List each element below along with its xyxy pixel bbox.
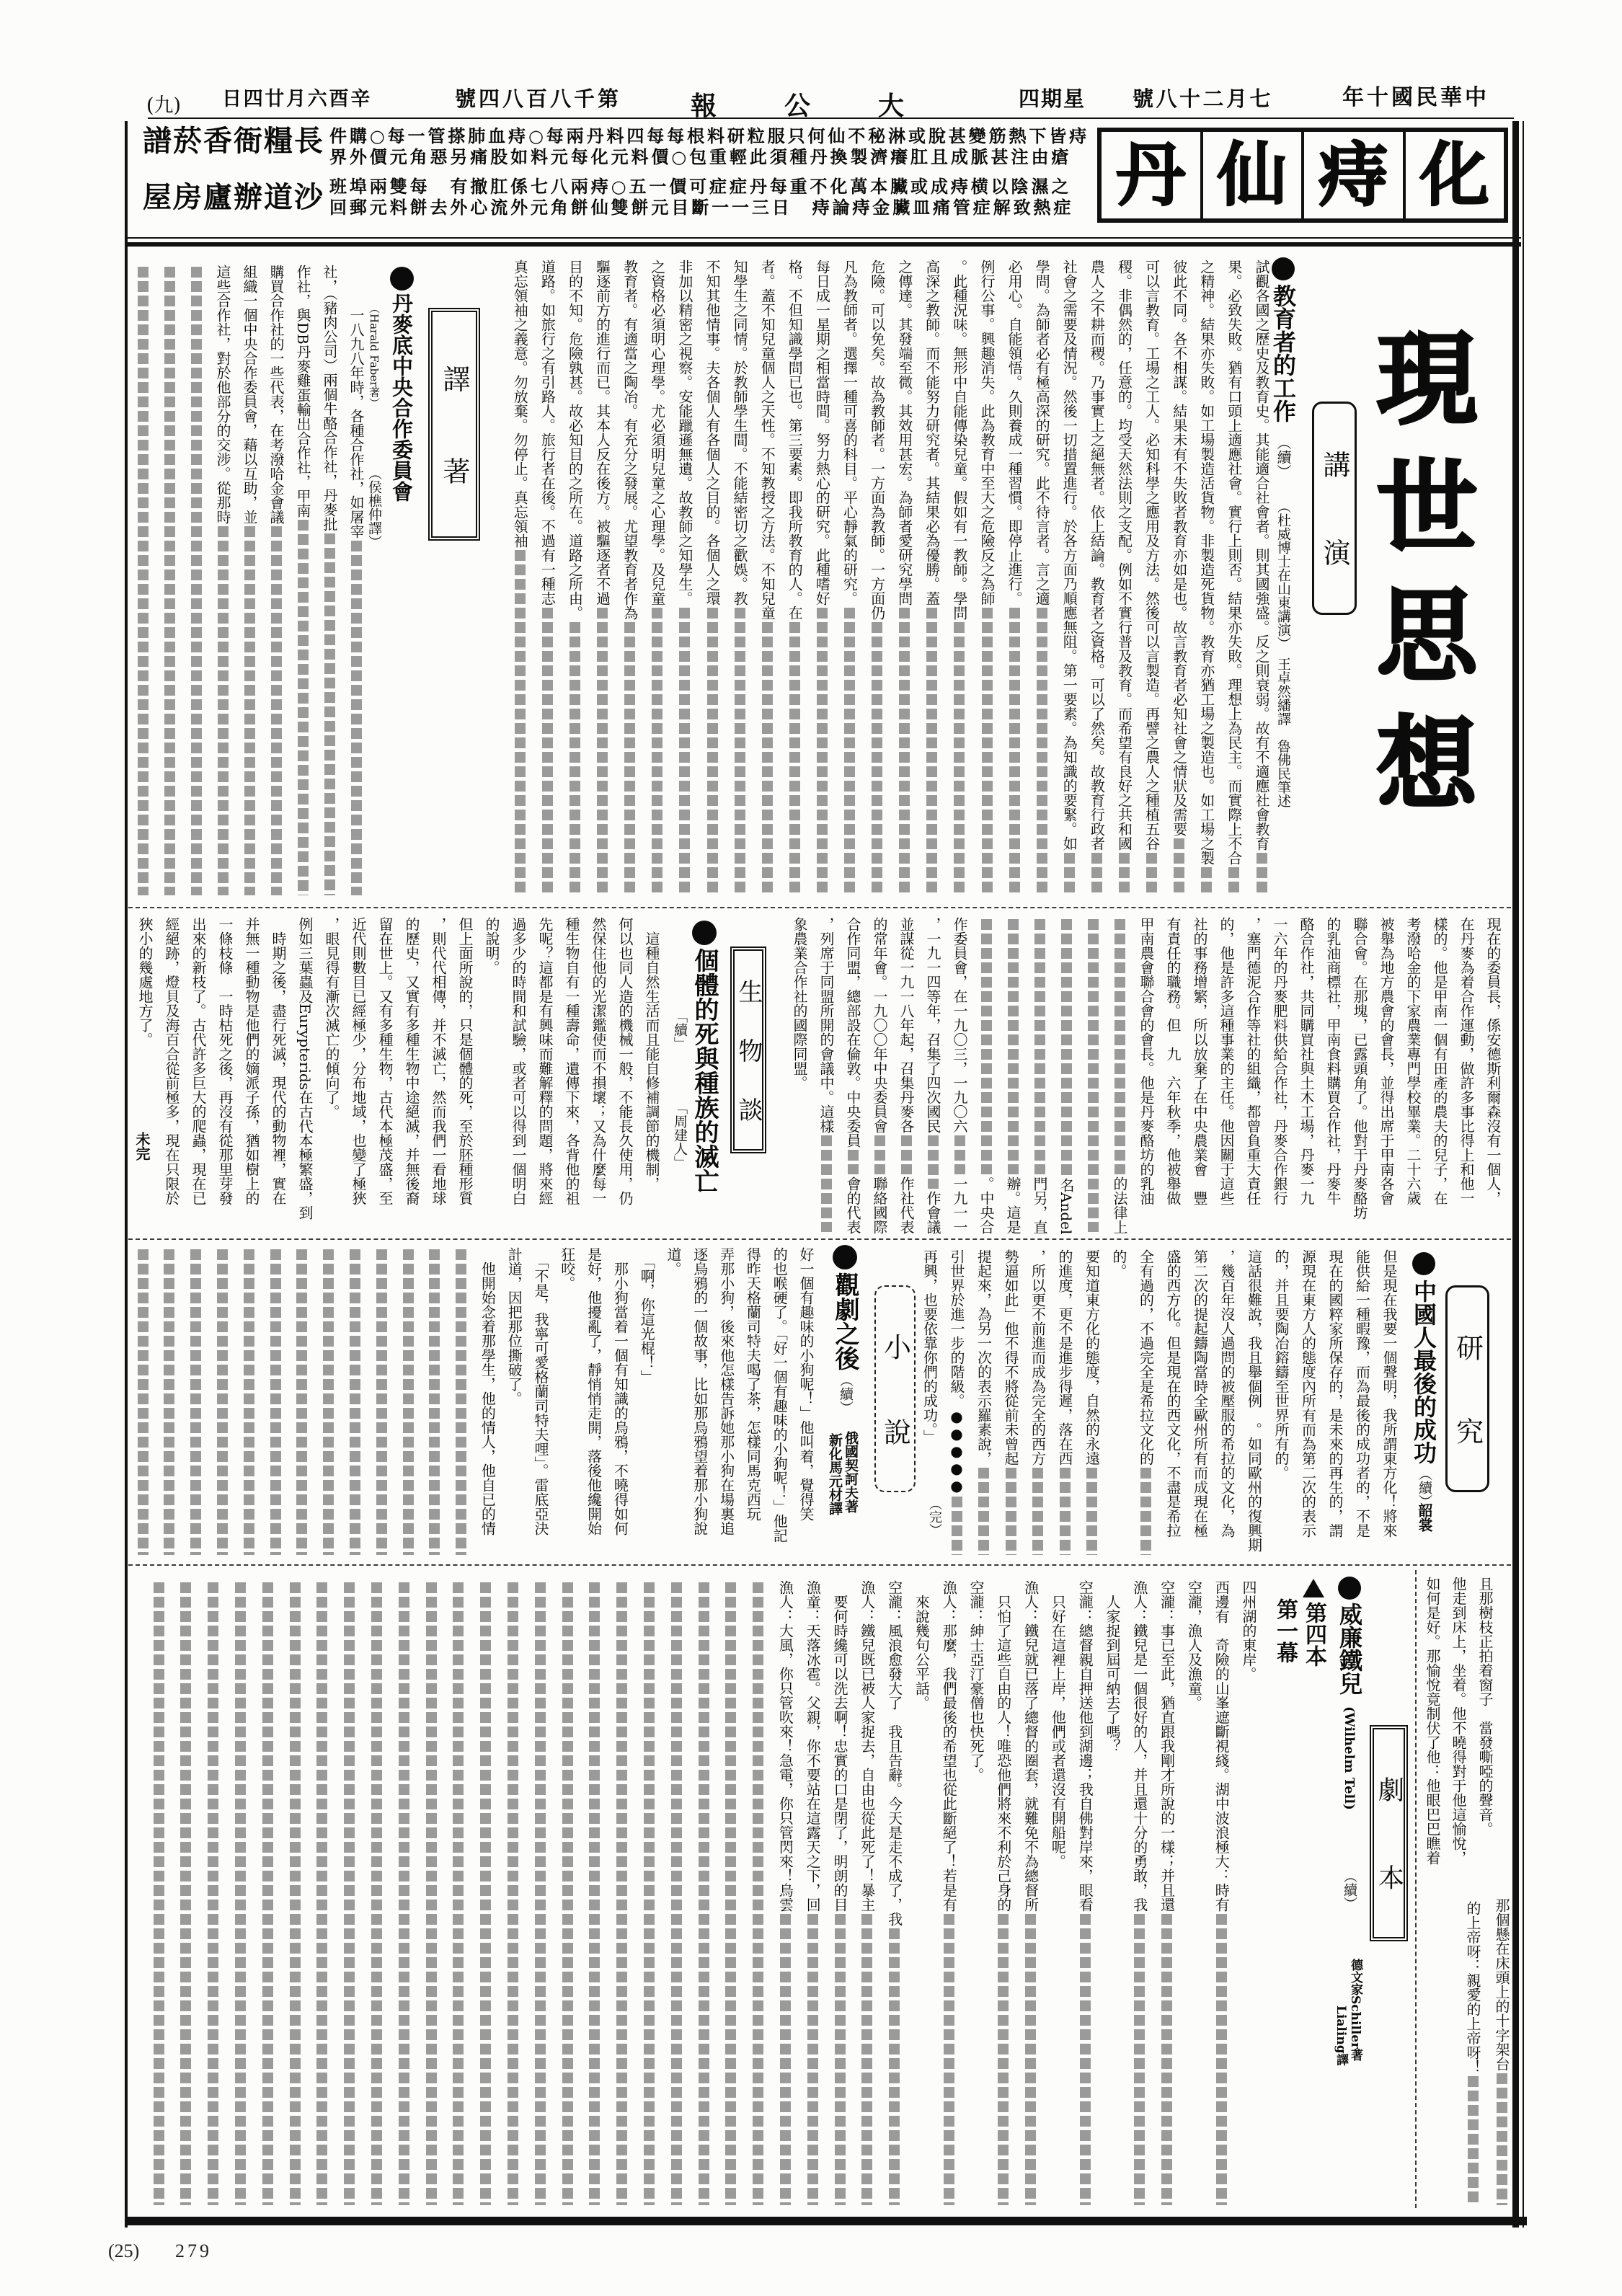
article-author: 俄國契訶夫著	[843, 1431, 857, 1513]
band-divider	[128, 1564, 1511, 1566]
column-text: 社，（豬肉公司）兩個牛酪合作社，丹麥批	[322, 265, 337, 531]
tell-text-column: 空瀧：風浪愈發大了 我且告辭。今天是走不成了，我	[886, 1580, 903, 2207]
section-label-research: 研究	[1445, 1285, 1489, 1492]
illegible-text	[1008, 919, 1019, 1174]
theater-text-column: 弄那小狗，後來他怎樣告訴她那小狗在場裏追	[718, 1247, 735, 1557]
illegible-text	[848, 1150, 859, 1174]
education-text-column: 道路。如旅行之有引路人。旅行者在後。不過有一種志	[539, 260, 556, 897]
tell-text-column	[504, 1580, 521, 2207]
illegible-text	[735, 608, 745, 895]
illegible-text	[1201, 867, 1212, 895]
illegible-text	[753, 1582, 763, 2205]
death-text-column: 何以也同人造的機械一般，不能長久使用，仍	[616, 917, 634, 1234]
column-text: 漁人：大風，你只管吹來！急電，你只管閃來！烏雲	[778, 1580, 792, 1912]
bullet-icon	[1412, 1252, 1435, 1275]
education-text-column: 試觀各國之歷史及教育史。其能適合社會者。則其國強盛。反之則衰弱。故有不適應社會教…	[1253, 260, 1270, 897]
section-label-translation: 譯著	[428, 308, 480, 541]
column-text: 者。蓋不知兒童個人之天性。不知教授之方法。不知兒童	[760, 260, 774, 620]
ad-shop-line-1: 長糧衙香菸譜	[143, 127, 324, 156]
column-text: 那個懸在床頭上的十字架台	[1494, 1898, 1509, 2071]
theater-text-column	[399, 1247, 417, 1557]
tell-text-column: 漁人：大風，你只管吹來！急電，你只管閃來！烏雲	[776, 1580, 794, 2207]
illegible-text	[456, 1249, 466, 1555]
column-text: 種生物自有一種壽命，遺傳下來，各背他的祖	[564, 917, 579, 1205]
column-text: 的歷史，又實有多種生物中途絕滅，并無後裔	[404, 917, 419, 1205]
tell-text-column	[314, 1580, 331, 2207]
column-text: 再興，也要依靠你們的成功。」	[923, 1249, 937, 1444]
theater-continued-text-column: 的上帝呀：親愛的上帝呀！	[1464, 1901, 1481, 2207]
column-text: 一八九八年時，各種合作社，如屠宰	[349, 265, 363, 538]
column-text: 被舉為地方農會的會長，並得出席于甲南各會	[1379, 917, 1393, 1205]
frame-bottom	[125, 2217, 1527, 2225]
column-text: 目的不知。危險孰甚。故必知目的之所在。道路之所由。	[568, 260, 582, 620]
column-text: 格。不但知識學問已也。第三要素。即我所教育的人。在	[787, 260, 802, 620]
ad-notice-row: 痔皆下熱筋變甚脫或淋秘不仙何只服粒研料根每每四料丹兩每○痔血肺搽管一每○購件	[329, 128, 1089, 145]
section-label-text: 研究	[1454, 1277, 1481, 1501]
column-text: 引世界於進一步的階級。●●●●●	[949, 1249, 964, 1494]
illegible-text	[1091, 853, 1102, 895]
tell-text-column	[150, 1580, 167, 2207]
tell-text-column: 漁人：那麼，我們最後的希望也從此斷絕了！若是有	[940, 1580, 957, 2207]
illegible-text	[789, 622, 800, 895]
column-text: 漁童：天落冰雹。父親，你不要站在這露天之下，回	[805, 1580, 820, 1912]
illegible-text	[190, 1249, 201, 1555]
illegible-text	[399, 1582, 409, 2205]
column-text: 果。必致失敗。猶有口頭上適應社會。實行上則否。結果亦失敗。理想上為民主。而實際上…	[1227, 260, 1241, 865]
success-text-column: 再興，也要依靠你們的成功。」	[921, 1249, 939, 1557]
column-text: 稷。非偶然的，任意的。均受天然法則之支配。例如不實行普及教育。而希望有良好之共和…	[1117, 260, 1132, 851]
education-text-column: 者。蓋不知兒童個人之天性。不知教授之方法。不知兒童	[758, 260, 776, 897]
illegible-text	[616, 1582, 627, 2205]
illegible-text	[952, 1497, 962, 1555]
illegible-text	[316, 1582, 327, 2205]
denmark-continued-text-column: 酪合作社，共同購買社與土木工場，丹麥一九	[1298, 917, 1315, 1234]
illegible-text	[707, 608, 718, 895]
column-text: 一六年的丹麥肥料供給合作社，丹麥合作銀行	[1272, 917, 1287, 1205]
tell-text-column	[395, 1580, 412, 2207]
column-text: 例如三葉蟲及Eurypterids在古代本極繁盛，到	[298, 917, 312, 1220]
continued-mark: 「續」	[673, 1009, 686, 1050]
section-label-text: 譯著	[440, 300, 468, 549]
tell-text-column	[477, 1580, 495, 2207]
denmark-continued-text-column: 被舉為地方農會的會長，並得出席于甲南各會	[1378, 917, 1395, 1234]
denmark-continued-text-column: 。中央合	[978, 917, 995, 1234]
success-text-column: 能供給一種暇豫，而為最後的成功者的，不是	[1354, 1249, 1371, 1557]
ad-product-char: 仙	[1218, 141, 1287, 210]
illegible-text	[1034, 919, 1045, 1174]
illegible-text	[954, 622, 965, 895]
column-text: 空瀧：風浪愈發大了 我且告辭。今天是走不成了，我	[887, 1580, 902, 1926]
column-text: 象農業合作社的國際同盟。	[792, 917, 807, 1090]
article-byline: （杜威博士在山東講演） 王卓然繙譯 魯佛民筆述	[1276, 500, 1290, 808]
denmark-continued-text-column: 甲南農會聯合會的會長。他是丹麥酪坊的乳油	[1138, 917, 1155, 1234]
column-divider	[1415, 1570, 1417, 2208]
theater-text-column: 他開始念着那學生，他的情人，他自已的情	[479, 1247, 496, 1557]
education-text-column: 農人之不耕而稷。乃事實上之絕無者。依上結論。教育者之資格。可以了然矣。故教育行政…	[1088, 260, 1105, 897]
column-text: 的常年會。一九〇〇年中央委員會	[872, 917, 887, 1133]
column-text: 空瀧：事已至此，猶直跟我剛才所說的一樣；并且還	[1160, 1580, 1174, 1912]
education-text-column: 例行公事。興趣消失。此為教育中至大之危險反之為師	[978, 260, 996, 897]
tell-text-column: 要何時纔可以洗去啊！忠實的口是閉了，明朗的目	[831, 1580, 848, 2207]
column-text-tail: 的法律上	[1112, 1176, 1127, 1234]
illegible-text	[426, 1582, 437, 2205]
bullet-icon	[390, 267, 414, 291]
theater-text-column: 計道，因把那位撕破了。	[505, 1247, 523, 1557]
column-text: 高深之教師。而不能努力研究者。其結果必為優勝。蓋	[925, 260, 939, 606]
education-text-column: 高深之教師。而不能努力研究者。其結果必為優勝。蓋	[923, 260, 941, 897]
tell-text-column	[205, 1580, 222, 2207]
illegible-text	[1037, 608, 1047, 895]
illegible-text	[542, 608, 553, 895]
tell-text-column: 空瀧，漁人及漁童。	[1185, 1580, 1202, 2207]
tell-text-column: 西邊有 奇險的山峯遮斷視綫。湖中波浪極大：時有	[1213, 1580, 1230, 2207]
ad-product-box: 丹 仙 痔 化	[1097, 128, 1508, 223]
illegible-text	[298, 520, 309, 895]
illegible-text	[138, 1249, 149, 1555]
denmark-continued-text-column: ，塞門德泥合作等社的組織，都曾負重大責任	[1244, 917, 1262, 1234]
death-text-column: ，眼見得有漸次滅亡的傾向了。	[323, 917, 340, 1234]
article-author: 韶裳	[1417, 1503, 1432, 1532]
tell-text-column: 空瀧：紳士亞汀豪僧也快死了。	[967, 1580, 985, 2207]
education-text-column: 之精神。結果亦失敗。如工場製造活貨物。非製造死貨物。教育亦猶工場之製造也。如工場…	[1198, 260, 1215, 897]
column-text: ，一九一四等年，召集了四次國民	[926, 917, 940, 1133]
article-translator: Lialing譯	[1334, 2005, 1347, 2066]
education-text-column: 驅逐前方的進行而已。其本人反在後方。被驅逐者不過	[594, 260, 611, 897]
tell-text-column	[586, 1580, 603, 2207]
article-title-tell: 威廉鐵兒	[1338, 1603, 1361, 1695]
act-heading: 第四本	[1303, 1602, 1324, 1667]
column-text-tail: 名Andel	[1059, 1178, 1073, 1234]
illegible-text	[725, 1582, 736, 2205]
success-text-column: 現在的國粹家所保存的，是未來的再生的，謂	[1326, 1249, 1344, 1557]
section-label-text: 講演	[1321, 390, 1348, 626]
illegible-text	[164, 1249, 174, 1555]
column-text: 漁人：鐵兒就已落了總督的圈套，就難免不為總督所	[1024, 1580, 1038, 1912]
illegible-text	[1146, 853, 1157, 895]
column-text: 過多少的時間和試驗，或者可以得到一個明白	[511, 917, 526, 1205]
ad-product-cell: 丹	[1102, 132, 1200, 218]
success-text-column: ，所以更不前進而成為完全的西方	[1029, 1249, 1047, 1557]
column-text: 學問。為師者必有極高深的研究。此不待言者。言之適	[1034, 260, 1049, 606]
tell-text-column	[695, 1580, 712, 2207]
column-text: 「不是，我寧可愛格蘭司特夫哩」。雷底亞決	[533, 1247, 548, 1535]
illegible-text	[1006, 1468, 1016, 1555]
column-text: 好一個有趣味的小狗呢！」他叫着，覺得笑	[799, 1247, 813, 1521]
article-title-death: 個體的死與種族的滅亡	[692, 948, 717, 1193]
footer-serial: 279	[175, 2240, 212, 2262]
page-number: (九)	[146, 89, 181, 118]
illegible-text	[217, 1249, 228, 1555]
illegible-text	[376, 1249, 387, 1555]
ad-shop-line-2: 沙道辦廬房屋	[143, 183, 324, 212]
column-text: 酪合作社，共同購買社與土木工場，丹麥一九	[1299, 917, 1313, 1205]
column-text: 作委員會，在一九〇三，一九〇六	[952, 917, 967, 1133]
column-text: 這些合作社，對於他部分的交涉。從那時	[216, 265, 230, 524]
column-text: 可以言教育。工場之工人。必知科學之應用及方法。然後可以言製造。再譬之農人之種植五…	[1145, 260, 1159, 851]
theater-text-column	[187, 1247, 205, 1557]
column-text: 漁人：鐵兒是一個很好的人，并且還十分的勇敢，我	[1133, 1580, 1147, 1912]
column-text: 如何是好。那愉悅竟制伏了他：他眼巴巴瞧着	[1425, 1577, 1440, 1865]
column-text: 驅逐前方的進行而已。其本人反在後方。被驅逐者不過	[595, 260, 610, 606]
continued-mark: （續）	[1276, 435, 1290, 479]
tell-text-column: 空瀧：事已至此，猶直跟我剛才所說的一樣；并且還	[1158, 1580, 1176, 2207]
column-text: 這話很難說，我且舉個例 。如同歐州的復興期	[1247, 1249, 1262, 1552]
death-text-column: ，則代代相傳，并不滅亡，然而我們一看地球	[430, 917, 447, 1234]
column-text: 合作同盟，總部設在倫敦。中央委員	[846, 917, 860, 1148]
theater-text-column	[320, 1247, 337, 1557]
bullet-icon	[1272, 257, 1295, 280]
denmark-continued-text-column: 門另，直	[1031, 917, 1048, 1234]
denmark-continued-text-column: 的乳油商標社，甲南食料購買合作社，丹麥牛	[1324, 917, 1342, 1234]
column-text: 社會之需要及情況。然後一切措置進行。於各方面乃順應無阻。第一要素。為知識的要緊。…	[1062, 260, 1076, 851]
band-divider	[128, 907, 1511, 908]
column-text: 的，并且要陶冶鎔鑄至世界所有的。	[1274, 1249, 1288, 1480]
column-text: 留在世上。又有多種生物，古代本極茂盛，至	[378, 917, 392, 1205]
illegible-text	[589, 1582, 600, 2205]
illegible-text	[926, 608, 937, 895]
column-text-tail: 一九一一	[952, 1176, 967, 1234]
illegible-text	[981, 919, 992, 1174]
illegible-text	[699, 1582, 709, 2205]
column-text: 之精神。結果亦失敗。如工場製造活貨物。非製造死貨物。教育亦猶工場之製造也。如工場…	[1200, 260, 1214, 865]
tell-text-column: 漁人：鐵兒就已落了總督的圈套，就難免不為總督所	[1022, 1580, 1040, 2207]
illegible-text	[1060, 1468, 1071, 1555]
illegible-text	[290, 1582, 301, 2205]
illegible-text	[138, 267, 149, 895]
column-text-tail: 作會議	[926, 1191, 940, 1234]
success-text-column: 盛的西方化。但是現在的西文化，不盡是希拉	[1164, 1249, 1182, 1557]
column-text: 他走到床上，坐着。他不曉得對于他這愉悅，	[1451, 1577, 1466, 1865]
column-text: 弄那小狗，後來他怎樣告訴她那小狗在場裏追	[719, 1247, 734, 1535]
illegible-text	[944, 1914, 954, 2205]
theater-text-column	[161, 1247, 178, 1557]
column-text: 必用心。自能領悟。久則養成一種習慣。即停止進行。	[1007, 260, 1021, 606]
education-text-column: 社會之需要及情況。然後一切措置進行。於各方面乃順應無阻。第一要素。為知識的要緊。…	[1060, 260, 1078, 897]
column-text: 全有過的，不過完全是希拉文化的	[1139, 1249, 1153, 1466]
illegible-text	[480, 1582, 491, 2205]
education-text-column: 之傳達。其發端至微。其效用甚宏。為師者愛研究學問	[896, 260, 913, 897]
illegible-text	[954, 1135, 965, 1174]
tell-text-column	[368, 1580, 385, 2207]
triangle-icon	[1303, 1579, 1324, 1597]
success-text-column: 全有過的，不過完全是希拉文化的	[1138, 1249, 1155, 1557]
illegible-text	[1497, 2073, 1507, 2205]
theater-text-column: 「不是，我寧可愛格蘭司特夫哩」。雷底亞決	[532, 1247, 549, 1557]
column-text: 近代則數目已經極少，分布地域，也變了極狹	[351, 917, 365, 1205]
lunar-date: 辛酉六月廿四日	[222, 89, 372, 109]
education-text-column: 果。必致失敗。猶有口頭上適應社會。實行上則否。結果亦失敗。理想上為民主。而實際上…	[1226, 260, 1243, 897]
column-text: 考潑哈金的下家農業專門學校畢業。二十六歲	[1406, 917, 1420, 1205]
column-text: 空瀧，漁人及漁童。	[1187, 1580, 1201, 1710]
ad-product-char: 丹	[1116, 141, 1185, 210]
column-text: ，列席于同盟所開的會議中。這樣	[819, 917, 833, 1133]
frame-right-thin	[1523, 121, 1524, 2228]
ad-notice-row: 瘡由注甚脈成且肛癢濟製換丹種須此輕重包○價料元化每元料如股痛另惡角元價外界	[329, 149, 1071, 166]
death-text-column: 狹小的幾處地方了。	[136, 917, 154, 1234]
tell-text-column	[286, 1580, 303, 2207]
tell-text-column	[531, 1580, 549, 2207]
column-text: 例行公事。興趣消失。此為教育中至大之危險反之為師	[980, 260, 994, 606]
column-text: 出來的新枝了。古代許多巨大的爬蟲，現在已	[191, 917, 205, 1205]
continued-mark: （續）	[1342, 1869, 1356, 1910]
column-text: 并無一種動物是他們的嫡派子孫，猶如樹上的	[244, 917, 259, 1205]
success-text-column: 但是現在我要一個聲明，我所謂東方化！將來	[1381, 1249, 1398, 1557]
illegible-text	[807, 1914, 818, 2205]
illegible-text	[928, 1135, 939, 1189]
success-text-column: ，幾百年沒人過問的被壓服的希拉的文化，為	[1218, 1249, 1236, 1557]
column-text: 一條枝條 一時枯死之後，再沒有從那里芽發	[218, 917, 232, 1205]
death-text-column: 過多少的時間和試驗，或者可以得到一個明白	[510, 917, 527, 1234]
illegible-text	[351, 541, 362, 895]
column-text: 道。	[666, 1247, 681, 1276]
article-title-theater: 觀劇之後	[833, 1272, 857, 1370]
continued-mark: （續）	[1417, 1467, 1431, 1508]
tell-text-column: 空瀧：總督親自押送他到湖邊；我自佛對岸來，眼看	[1076, 1580, 1094, 2207]
illegible-text	[1140, 1468, 1151, 1555]
column-text: 先呢？這都是有興味而難解釋的問題，將來經	[538, 917, 552, 1205]
theater-continued-text-column: 如何是好。那愉悅竟制伏了他：他眼巴巴瞧着	[1424, 1577, 1441, 1892]
illegible-text	[191, 267, 202, 895]
illegible-text	[453, 1582, 464, 2205]
illegible-text	[515, 550, 526, 895]
column-text: 能供給一種暇豫，而為最後的成功者的，不是	[1355, 1249, 1370, 1538]
illegible-text	[901, 1135, 912, 1174]
tell-text-column: 只怕了這些自由的人！唯恐他們將來不利於己身的	[995, 1580, 1012, 2207]
illegible-text	[164, 267, 175, 895]
death-text-column: 留在世上。又有多種生物，古代本極茂盛，至	[376, 917, 394, 1234]
education-text-column: 真忘領袖之義意。勿放棄。勿停止。真忘領袖	[511, 260, 528, 897]
article-title-denmark: 丹麥底中央合作委員會	[391, 293, 412, 502]
column-text: 社的事務增繁，所以放棄了在中央農業會 豐	[1192, 917, 1207, 1205]
article-author: 「周建人」	[673, 1101, 686, 1169]
tell-text-column: 人家捉到屆可納去了嗎？	[1104, 1580, 1121, 2207]
scene-heading: 第一幕	[1274, 1598, 1295, 1663]
theater-text-column: 逐烏鴉的一個故事，比如那烏鴉望着那小狗說	[691, 1247, 709, 1557]
denmark-continued-text-column: 樣的。他是甲南一個有田產的農夫的兒子，在	[1431, 917, 1448, 1234]
denmark-continued-text-column: ，列席于同盟所開的會議中。這樣	[817, 917, 835, 1234]
column-text: 狹小的幾處地方了。	[138, 917, 152, 1047]
illegible-text	[597, 608, 608, 895]
tell-text-column: 只好在這裡上岸，他們或者還沒有開船呢。	[1049, 1580, 1066, 2207]
column-text: 但上面所說的，只是個體的死，至於胚種形質	[458, 917, 472, 1205]
column-text: 道路。如旅行之有引路人。旅行者在後。不過有一種志	[540, 260, 554, 606]
column-text: 但是現在我要一個聲明，我所謂東方化！將來	[1382, 1249, 1396, 1538]
illegible-text	[982, 608, 993, 895]
issue-number: 第千八百八四號	[455, 89, 621, 110]
column-text-tail: 辦。這是	[1006, 1176, 1020, 1234]
theater-text-column: 得昨天格蘭司特夫喝了茶，怎樣同馬克西玩	[744, 1247, 761, 1557]
column-text: 的說明。	[484, 917, 499, 975]
column-text: 每日成一星期之相當時間。努力熱心的研究。此種嗜好	[815, 260, 829, 606]
column-text-tail: 門另，直	[1032, 1176, 1047, 1234]
illegible-text	[1119, 853, 1130, 895]
success-text-column: 勢逼如此」他不得不將從前未曾起	[1002, 1249, 1019, 1557]
column-text: 農人之不耕而稷。乃事實上之絕無者。依上結論。教育者之資格。可以了然矣。故教育行政…	[1089, 260, 1104, 851]
denmark-text-column: 組織一個中央合作委員會，藉以互助，並	[241, 265, 258, 897]
illegible-text	[403, 1249, 414, 1555]
denmark-continued-text-column: 辦。這是	[1004, 917, 1021, 1234]
theater-text-column: 是好，他擾亂了，靜悄悄走開，落後他纔開始	[585, 1247, 603, 1557]
column-text: 甲南農會聯合會的會長。他是丹麥酪坊的乳油	[1139, 917, 1153, 1205]
denmark-continued-text-column: 的，他是許多這種事業的主任。他因關于這些	[1218, 917, 1235, 1234]
denmark-continued-text-column	[1084, 917, 1102, 1234]
column-text: ，所以更不前進而成為完全的西方	[1031, 1249, 1045, 1466]
illegible-text	[323, 1249, 334, 1555]
column-text: 不知其他情事。夫各個人有各個人之目的。各個人之環	[705, 260, 719, 606]
tell-text-column: 四州湖的東岸。	[1240, 1580, 1257, 2207]
column-text: 教育者。有適當之陶冶。有充分之發展。尤望教育者作為	[623, 260, 637, 620]
column-text: 的也喉硬了。「好一個有趣味的小狗呢！」他記	[772, 1247, 786, 1543]
tell-text-column: 漁童：天落冰雹。父親，你不要站在這露天之下，回	[804, 1580, 821, 2207]
column-text: 經絕跡，燈貝及海百合從前極多，現在只限於	[164, 917, 179, 1205]
denmark-text-column: 購買合作社的一些代表，在考潑哈金會議	[267, 265, 285, 897]
theater-text-column	[213, 1247, 231, 1557]
illegible-text	[535, 1582, 546, 2205]
column-text: 他開始念着那學生，他的情人，他自已的情	[480, 1247, 495, 1535]
column-text: 知學生之同情。於教師學生間。不能結密切之歡娛。教	[732, 260, 747, 606]
success-text-column: 的，并且要陶冶鎔鑄至世界所有的。	[1272, 1249, 1290, 1557]
ad-product-cell: 痔	[1301, 132, 1403, 218]
education-text-column: 不知其他情事。夫各個人有各個人之目的。各個人之環	[704, 260, 721, 897]
education-text-column: 危險。可以免矣。故為教師者。一方面為教師。一方面仍	[869, 260, 886, 897]
tell-text-column: 漁人：鐵兒是一個很好的人，并且還十分的勇敢，我	[1131, 1580, 1148, 2207]
illegible-text	[644, 1582, 655, 2205]
illegible-text	[821, 1135, 832, 1232]
illegible-text	[429, 1249, 440, 1555]
theater-text-column	[453, 1247, 470, 1557]
illegible-text	[508, 1582, 518, 2205]
illegible-text	[889, 1928, 900, 2205]
illegible-text	[1080, 1914, 1091, 2205]
denmark-continued-text-column: 象農業合作社的國際同盟。	[791, 917, 808, 1234]
continued-mark: （續）	[838, 1373, 852, 1414]
column-text: 且那樹枝正拍着窗子 當發嘶啞的聲音。	[1478, 1577, 1492, 1836]
success-text-column: 引世界於進一步的階級。●●●●●	[948, 1249, 965, 1557]
column-text: 彼此不同。各不相謀。結果未有不失敗者教育亦如是也。故言教育者必知社會之情狀及需要	[1172, 260, 1187, 836]
weekday: 星期四	[1019, 89, 1086, 110]
illegible-text	[1086, 1468, 1097, 1555]
ad-product-cell: 化	[1403, 132, 1504, 218]
education-text-column: 彼此不同。各不相謀。結果未有不失敗者教育亦如是也。故言教育者必知社會之情狀及需要	[1171, 260, 1188, 897]
theater-text-column	[426, 1247, 443, 1557]
section-label-text: 劇本	[1376, 1714, 1402, 1952]
tell-text-column	[559, 1580, 576, 2207]
denmark-continued-text-column: 並謀從一九一八年起，召集丹麥各作社代表	[898, 917, 915, 1234]
death-text-column: 先呢？這都是有興味而難解釋的問題，將來經	[536, 917, 554, 1234]
column-text: 狂咬。	[560, 1247, 575, 1290]
denmark-continued-text-column: 作委員會，在一九〇三，一九〇六一九一一	[951, 917, 968, 1234]
education-text-column: 非加以精密之視察。安能躐遜無遺。故教師之知學生。	[676, 260, 693, 897]
article-author: （Harald Faber著）	[368, 303, 379, 408]
illegible-text	[835, 1914, 846, 2205]
tell-text-column	[231, 1580, 249, 2207]
death-text-column: 近代則數目已經極少，分布地域，也變了極狹	[350, 917, 367, 1234]
illegible-text	[998, 1914, 1009, 2205]
tell-text-column	[722, 1580, 740, 2207]
denmark-text-column: 這些合作社，對於他部分的交涉。從那時	[214, 265, 231, 897]
denmark-text-column: 作社，與DB丹麥雞蛋輸出合作社，甲南	[294, 265, 311, 897]
education-text-column: 凡為教師者。選擇一種可喜的科目。平心靜氣的研究。	[841, 260, 859, 897]
column-text: 在丹麥為着合作運動，做許多事比得上和他一	[1459, 917, 1473, 1205]
illegible-text	[154, 1582, 164, 2205]
column-text: 「啊，你這光棍！」	[639, 1247, 654, 1384]
section-label-fiction: 小說	[874, 1285, 916, 1492]
education-text-column: 教育者。有適當之陶冶。有充分之發展。尤望教育者作為	[621, 260, 639, 897]
denmark-continued-text-column: 合作同盟，總部設在倫敦。中央委員會的代表	[844, 917, 861, 1234]
column-text: 是好，他擾亂了，靜悄悄走開，落後他纔開始	[587, 1247, 601, 1535]
illegible-text	[872, 622, 882, 895]
denmark-continued-text-column: 社的事務增繁，所以放棄了在中央農業會 豐	[1191, 917, 1208, 1234]
